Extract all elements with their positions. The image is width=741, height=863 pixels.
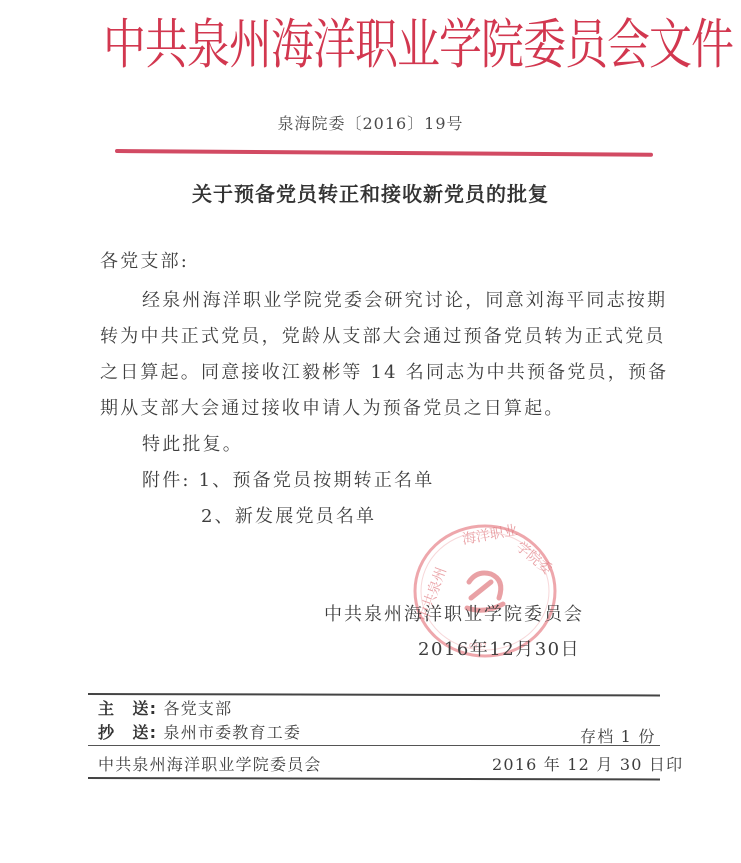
document-title: 关于预备党员转正和接收新党员的批复	[0, 178, 741, 207]
attachments-label: 附件:	[142, 470, 191, 491]
cc-recipient-row: 抄 送: 泉州市委教育工委	[98, 720, 301, 743]
footer-middle-rule	[88, 745, 660, 746]
attachment-item-1: 附件: 1、预备党员按期转正名单	[142, 469, 434, 493]
salutation: 各党支部:	[100, 250, 189, 274]
archive-count: 存档 1 份	[580, 724, 656, 747]
main-send-label: 主 送:	[98, 699, 157, 718]
main-recipient-row: 主 送: 各党支部	[98, 696, 232, 719]
issuing-organization: 中共泉州海洋职业学院委员会	[98, 752, 322, 775]
signature-date: 2016年12月30日	[418, 635, 580, 661]
cc-label: 抄 送:	[98, 723, 157, 742]
red-header-rule	[115, 149, 653, 157]
main-send-value: 各党支部	[164, 699, 233, 718]
body-line: 经泉州海洋职业学院党委会研究讨论，同意刘海平同志按期	[142, 289, 667, 313]
body-line: 转为中共正式党员，党龄从支部大会通过预备党员转为正式党员	[100, 325, 666, 349]
document-number: 泉海院委〔2016〕19号	[0, 111, 741, 134]
cc-value: 泉州市委教育工委	[164, 723, 302, 742]
print-date: 2016 年 12 月 30 日印	[492, 752, 683, 775]
attachment-item-2: 2、新发展党员名单	[201, 505, 376, 529]
body-line: 之日算起。同意接收江毅彬等 14 名同志为中共预备党员，预备	[100, 361, 668, 385]
footer-bottom-rule	[88, 777, 660, 780]
body-line: 期从支部大会通过接收申请人为预备党员之日算起。	[100, 397, 565, 421]
signer-organization: 中共泉州海洋职业学院委员会	[324, 600, 584, 626]
closing-remark: 特此批复。	[142, 433, 243, 457]
attachment-text: 1、预备党员按期转正名单	[199, 470, 435, 491]
document-header-title: 中共泉州海洋职业学院委员会文件	[103, 14, 663, 77]
